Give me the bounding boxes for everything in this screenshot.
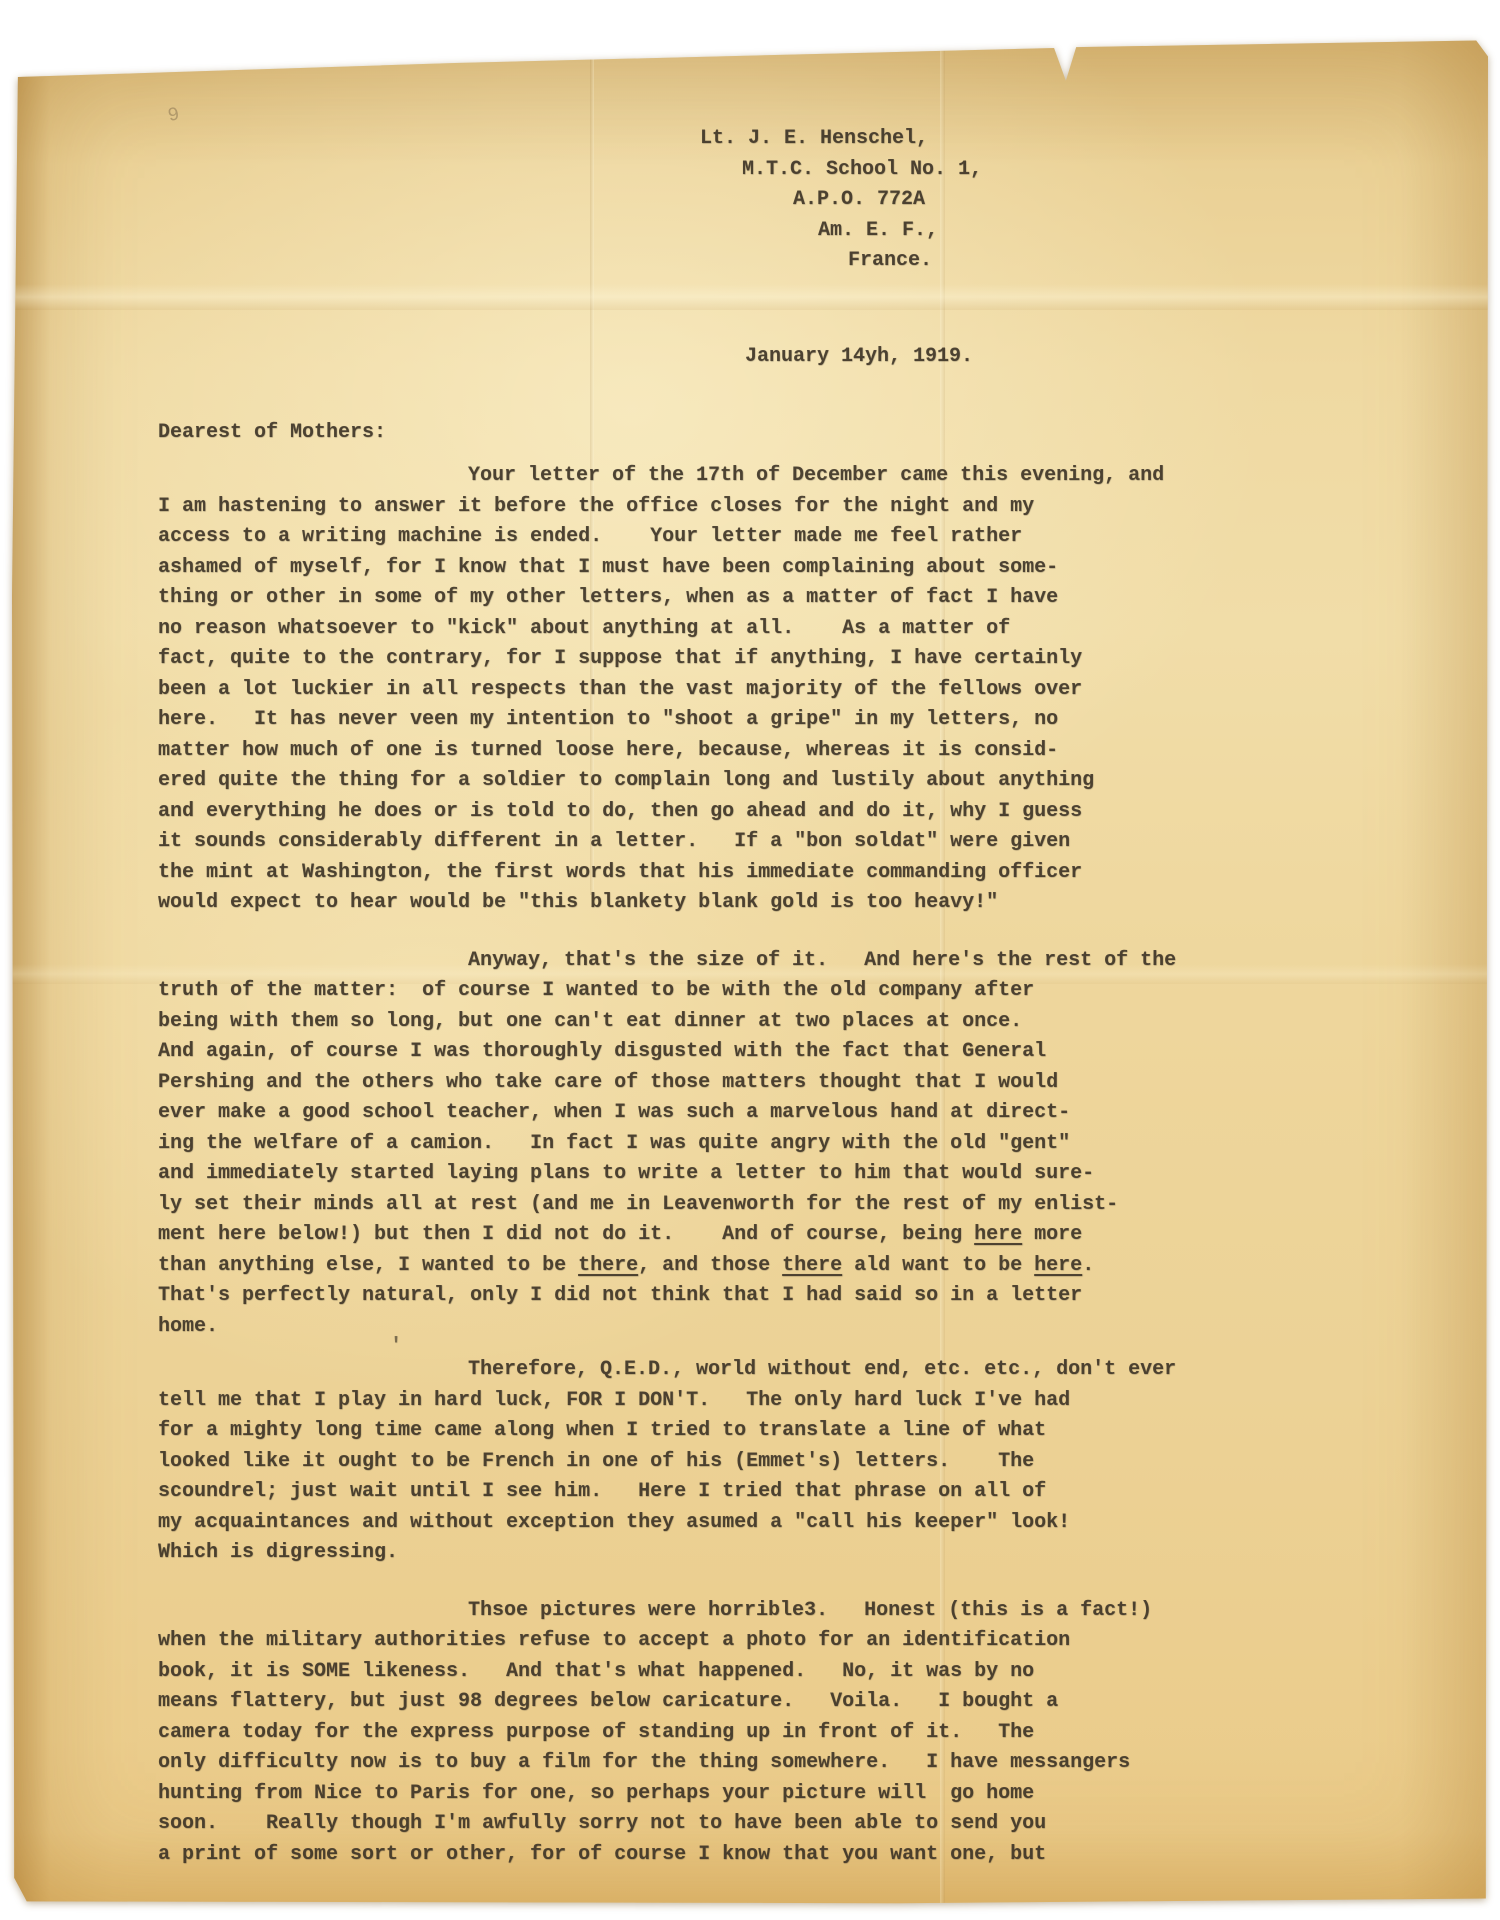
typewritten-line: soon. Really though I'm awfully sorry no… [158,1809,1248,1840]
typewritten-line: it sounds considerably different in a le… [158,827,1248,858]
paragraph: Therefore, Q.E.D., world without end, et… [158,1355,1248,1569]
typewritten-line: matter how much of one is turned loose h… [158,736,1248,767]
paragraph: Thsoe pictures were horrible3. Honest (t… [158,1596,1248,1871]
paper-fold-horizontal-top [12,284,1488,310]
typewritten-line: and immediately started laying plans to … [158,1159,1248,1190]
underlined-word: there [578,1254,638,1277]
letter-date: January 14yh, 1919. [745,342,973,373]
sender-address-line: Lt. J. E. Henschel, [700,124,982,155]
typewritten-line: Which is digressing. [158,1538,1248,1569]
typewritten-line: And again, of course I was thoroughly di… [158,1037,1248,1068]
typewritten-line: for a mighty long time came along when I… [158,1416,1248,1447]
typewritten-line: truth of the matter: of course I wanted … [158,976,1248,1007]
typewritten-line: when the military authorities refuse to … [158,1626,1248,1657]
typewritten-line: looked like it ought to be French in one… [158,1447,1248,1478]
sender-address-line: Am. E. F., [700,216,982,247]
typewritten-line: access to a writing machine is ended. Yo… [158,522,1248,553]
typewritten-line: ered quite the thing for a soldier to co… [158,766,1248,797]
paragraph: Anyway, that's the size of it. And here'… [158,946,1248,1343]
typewritten-line: Anyway, that's the size of it. And here'… [158,946,1248,977]
sender-address-line: France. [700,246,982,277]
typewritten-line: ever make a good school teacher, when I … [158,1098,1248,1129]
typewritten-line: a print of some sort or other, for of co… [158,1840,1248,1871]
typewritten-line: ment here below!) but then I did not do … [158,1220,1248,1251]
pencil-mark: 9 [165,99,182,131]
underlined-word: here [1034,1254,1082,1277]
typewritten-line: book, it is SOME likeness. And that's wh… [158,1657,1248,1688]
typewritten-line: hunting from Nice to Paris for one, so p… [158,1779,1248,1810]
typewritten-line: means flattery, but just 98 degrees belo… [158,1687,1248,1718]
typewritten-line: Thsoe pictures were horrible3. Honest (t… [158,1596,1248,1627]
salutation: Dearest of Mothers: [158,418,386,449]
typewritten-line: camera today for the express purpose of … [158,1718,1248,1749]
letter-paper: 9 Lt. J. E. Henschel,M.T.C. School No. 1… [12,34,1488,1906]
typewritten-line: thing or other in some of my other lette… [158,583,1248,614]
typewritten-line: here. It has never veen my intention to … [158,705,1248,736]
paragraph: Your letter of the 17th of December came… [158,461,1248,919]
typewritten-line: Pershing and the others who take care of… [158,1068,1248,1099]
underlined-word: here [974,1223,1022,1246]
typewritten-line: and everything he does or is told to do,… [158,797,1248,828]
typewritten-line: been a lot luckier in all respects than … [158,675,1248,706]
typewritten-line: That's perfectly natural, only I did not… [158,1281,1248,1312]
typewritten-line: the mint at Washington, the first words … [158,858,1248,889]
typewritten-line: tell me that I play in hard luck, FOR I … [158,1386,1248,1417]
sender-address-block: Lt. J. E. Henschel,M.T.C. School No. 1,A… [700,124,982,277]
typewritten-line: ly set their minds all at rest (and me i… [158,1190,1248,1221]
typewritten-line: home. [158,1312,1248,1343]
typewritten-line: scoundrel; just wait until I see him. He… [158,1477,1248,1508]
sender-address-line: A.P.O. 772A [700,185,982,216]
typewritten-line: would expect to hear would be "this blan… [158,888,1248,919]
typewritten-line: I am hastening to answer it before the o… [158,492,1248,523]
underlined-word: there [782,1254,842,1277]
typewritten-line: only difficulty now is to buy a film for… [158,1748,1248,1779]
typewritten-line: ashamed of myself, for I know that I mus… [158,553,1248,584]
typewritten-line: no reason whatsoever to "kick" about any… [158,614,1248,645]
typewritten-line: being with them so long, but one can't e… [158,1007,1248,1038]
typewritten-line: ing the welfare of a camion. In fact I w… [158,1129,1248,1160]
letter-body: Your letter of the 17th of December came… [158,461,1248,1897]
typewritten-line: Your letter of the 17th of December came… [158,461,1248,492]
typewritten-line: fact, quite to the contrary, for I suppo… [158,644,1248,675]
typewritten-line: Therefore, Q.E.D., world without end, et… [158,1355,1248,1386]
scanned-letter: 9 Lt. J. E. Henschel,M.T.C. School No. 1… [0,0,1500,1920]
typewritten-line: than anything else, I wanted to be there… [158,1251,1248,1282]
typewritten-line: my acquaintances and without exception t… [158,1508,1248,1539]
sender-address-line: M.T.C. School No. 1, [700,155,982,186]
